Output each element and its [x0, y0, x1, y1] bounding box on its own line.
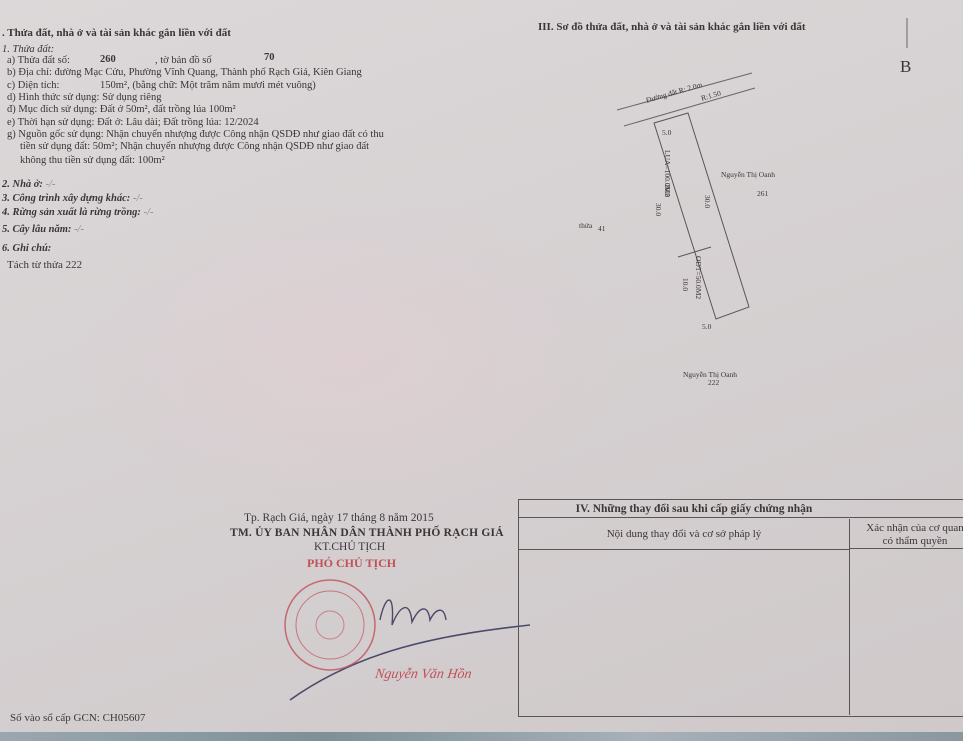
official-stamp: [285, 580, 375, 670]
changes-content-cell: [519, 550, 850, 715]
stamp-inner-ring: [296, 591, 364, 659]
neighbor-east-parcel: 261: [757, 189, 768, 198]
signer-name: Nguyễn Văn Hồn: [374, 667, 473, 683]
neighbor-west-label: thửa: [579, 221, 592, 230]
changes-table-title: IV. Những thay đổi sau khi cấp giấy chứn…: [519, 500, 963, 518]
left-length-top: 20.0: [663, 184, 672, 197]
signer-role-stamp: PHÓ CHỦ TỊCH: [307, 556, 396, 571]
neighbor-east-name: Nguyễn Thị Oanh: [721, 170, 775, 179]
right-length: 30.0: [703, 195, 712, 208]
place-date: Tp. Rạch Giá, ngày 17 tháng 8 năm 2015: [244, 512, 434, 524]
neighbor-west-parcel: 41: [598, 224, 606, 233]
signature-mark: [380, 600, 446, 625]
signer-role: KT.CHỦ TỊCH: [314, 541, 385, 553]
changes-table: IV. Những thay đổi sau khi cấp giấy chứn…: [518, 499, 963, 717]
registry-number: Số vào sổ cấp GCN: CH05607: [10, 713, 145, 724]
changes-confirmation-cell: [850, 550, 963, 715]
signature-stroke: [290, 625, 530, 700]
left-length-total: 30.0: [654, 203, 663, 216]
issuing-authority: TM. ỦY BAN NHÂN DÂN THÀNH PHỐ RẠCH GIÁ: [230, 527, 504, 539]
changes-col-content: Nội dung thay đổi và cơ sở pháp lý: [519, 519, 850, 550]
confirmation-line2: có thẩm quyền: [850, 535, 963, 548]
confirmation-line1: Xác nhận của cơ quan: [850, 522, 963, 535]
top-width: 5.0: [662, 128, 671, 137]
road-edge-bottom: [624, 88, 755, 126]
odt-length: 10.0: [681, 278, 690, 291]
changes-col-confirmation: Xác nhận của cơ quan có thẩm quyền: [850, 519, 963, 549]
bottom-width: 5.0: [702, 322, 711, 331]
stamp-emblem: [316, 611, 344, 639]
neighbor-south-parcel: 222: [708, 378, 719, 387]
odt-area: ODT=50.0M2: [694, 256, 703, 299]
